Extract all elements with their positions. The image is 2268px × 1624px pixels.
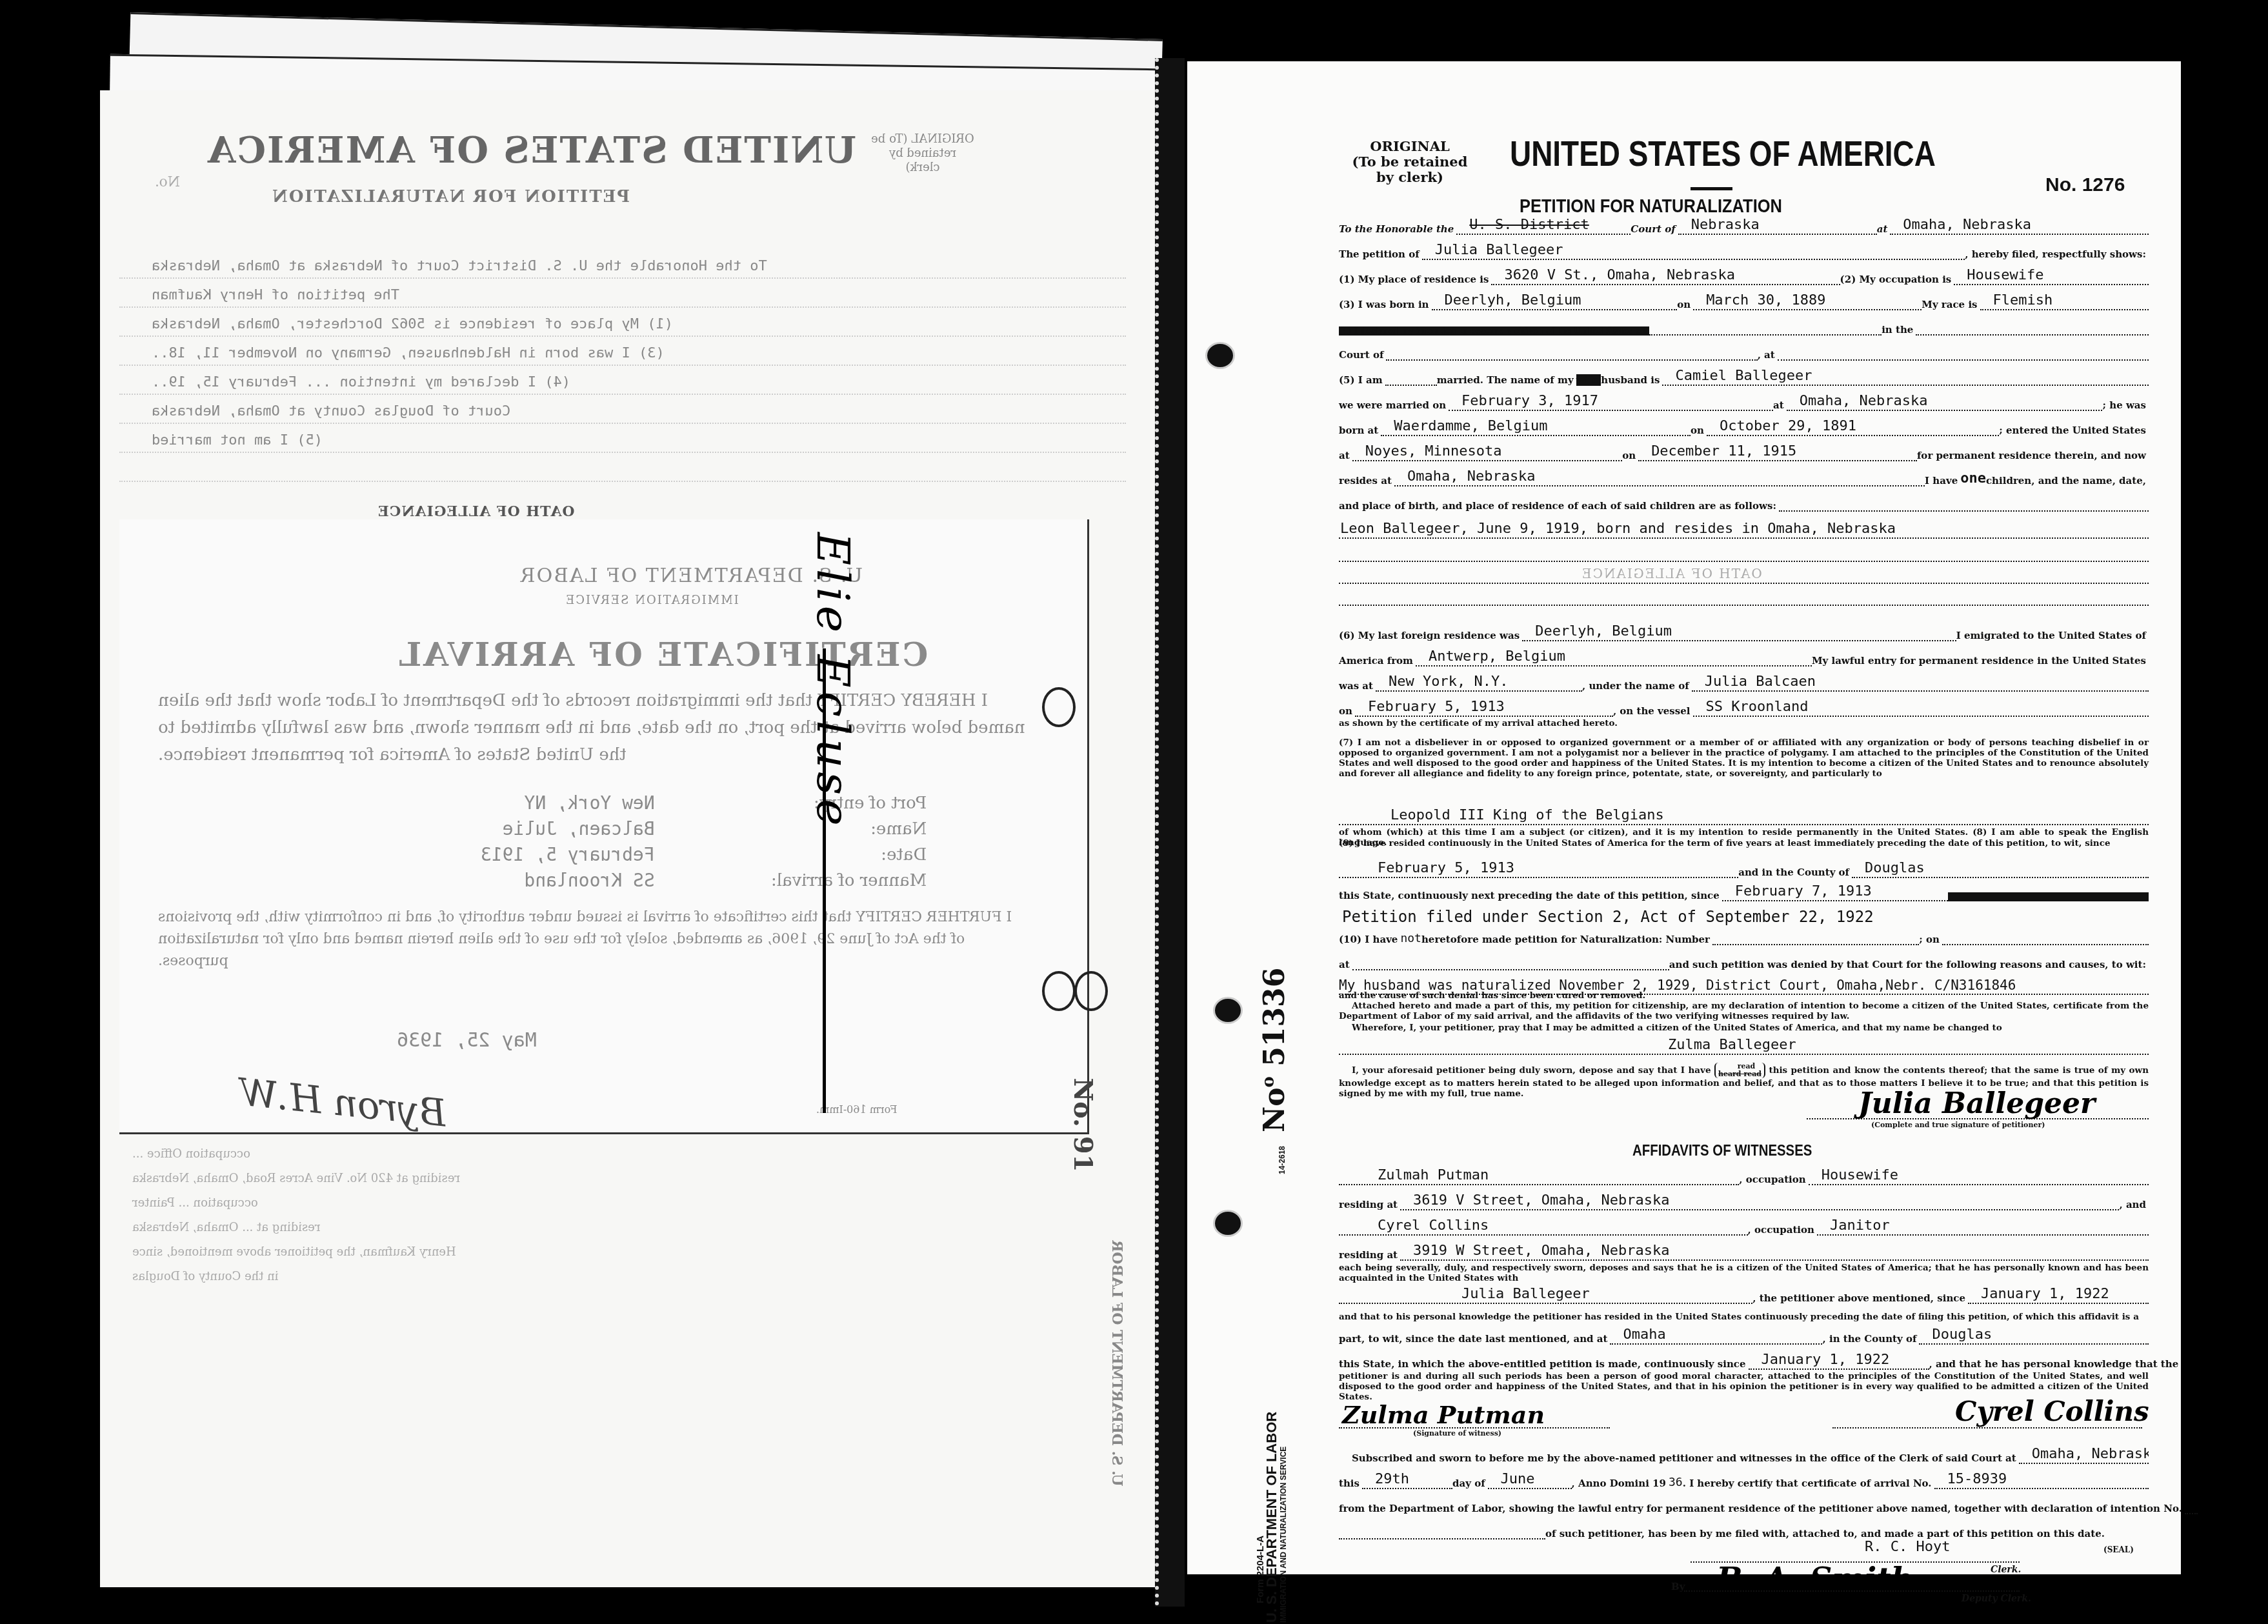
cert-form-no: Form 160-Imm. <box>816 1103 897 1116</box>
petition-number: No. 1276 <box>2045 174 2125 196</box>
race-value: Flemish <box>1980 292 2149 310</box>
witness-1-name: Zulmah Putman <box>1339 1167 1739 1185</box>
spouse-name: Camiel Ballegeer <box>1662 368 2149 386</box>
entry-port: New York, N.Y. <box>1376 674 1582 692</box>
from-dept-line: from the Department of Labor, showing th… <box>1339 1492 2149 1514</box>
affidavits-title: AFFIDAVITS OF WITNESSES <box>1632 1142 1812 1160</box>
subscribed-line: Subscribed and sworn to before me by the… <box>1339 1442 2149 1464</box>
ghost-oath: OATH OF ALLEGIANCE <box>1581 566 1762 581</box>
left-stamp-number: No. 91 <box>1068 1078 1098 1172</box>
court-type: U. S. District <box>1456 217 1631 235</box>
witness-sig-caption-1: (Signature of witness) <box>1413 1429 1501 1438</box>
by-label: By <box>1671 1581 1685 1592</box>
children-intro-line: and place of birth, and place of residen… <box>1339 490 2149 512</box>
cert-date: May 25, 1936 <box>397 1029 537 1052</box>
title-rule <box>1691 187 1732 190</box>
punch-hole <box>1213 997 1243 1024</box>
spouse-entered-line: at Noyes, Minnesota on December 11, 1915… <box>1339 439 2149 461</box>
wherefore-text: Wherefore, I, your petitioner, pray that… <box>1339 1023 2149 1033</box>
seal-label: (SEAL) <box>2103 1545 2134 1554</box>
form-code: 14-2618 <box>1278 1146 1287 1174</box>
punch-circle <box>1042 971 1076 1011</box>
birthplace-value: Deerlyh, Belgium <box>1432 292 1678 310</box>
sworn-year: 36 <box>1669 1476 1683 1489</box>
form-dept: U. S. DEPARTMENT OF LABOR <box>1263 1412 1280 1623</box>
left-field-6: Court of Douglas County at Omaha, Nebras… <box>152 403 510 419</box>
court-at: Omaha, Nebraska <box>1890 217 2149 235</box>
punch-circle <box>1074 971 1108 1011</box>
part-line: part, to wit, since the date last mentio… <box>1339 1323 2149 1345</box>
known-petitioner: Julia Ballegeer <box>1339 1286 1752 1304</box>
declared-line: (4) I declared my intention to become a … <box>1339 314 2149 336</box>
personal-knowledge-text: and that to his personal knowledge the p… <box>1339 1312 2149 1322</box>
witness-2-line: Cyrel Collins , occupation Janitor <box>1339 1214 2149 1236</box>
cert-signature: Byron H.W <box>237 1070 448 1135</box>
witness-1-residence-line: residing at 3619 V Street, Omaha, Nebras… <box>1339 1188 2149 1210</box>
form-service: IMMIGRATION AND NATURALIZATION SERVICE <box>1279 1447 1288 1623</box>
child-1: Leon Ballegeer, June 9, 1919, born and r… <box>1339 521 2149 539</box>
birthdate-value: March 30, 1889 <box>1693 292 1922 310</box>
punch-hole <box>1213 1210 1243 1237</box>
emigrated-from: Antwerp, Belgium <box>1416 648 1812 667</box>
certificate-of-arrival: U. S. DEPARTMENT OF LABOR IMMIGRATION SE… <box>119 519 1089 1134</box>
court2-line: Court of , at <box>1339 339 2149 361</box>
prior-petition-not: not <box>1400 932 1421 945</box>
cert-signature-stroke <box>823 648 826 1113</box>
entry-at-line: was at New York, N.Y. , under the name o… <box>1339 670 2149 692</box>
since-line: February 5, 1913 and in the County of Do… <box>1339 856 2149 878</box>
deputy-signature: B. A. Smith <box>1716 1561 1913 1598</box>
last-foreign-residence: Deerlyh, Belgium <box>1522 623 1956 641</box>
cert-service: IMMIGRATION SERVICE <box>565 594 739 607</box>
punch-circle <box>1042 687 1076 727</box>
sovereign-line: Leopold III King of the Belgians <box>1339 803 2149 825</box>
left-field-4: (3) I was born in Haldenhausen, Germany … <box>152 345 665 361</box>
last-foreign-line: (6) My last foreign residence was Deerly… <box>1339 619 2149 641</box>
signature-caption: (Complete and true signature of petition… <box>1871 1121 2045 1129</box>
paragraph-7: (7) I am not a disbeliever in or opposed… <box>1339 737 2149 779</box>
prior-petition-line: (10) I have not heretofore made petition… <box>1339 923 2149 945</box>
spouse-birthdate: October 29, 1891 <box>1707 418 1999 436</box>
clerk-label: Clerk. <box>1991 1565 2021 1575</box>
original-label: ORIGINAL (To be retained by clerk) <box>1349 139 1471 185</box>
witness-2-residence-line: residing at 3919 W Street, Omaha, Nebras… <box>1339 1239 2149 1261</box>
marriage-place: Omaha, Nebraska <box>1787 393 2103 411</box>
vessel-name: SS Kroonland <box>1693 699 2149 717</box>
left-field-5: (4) I declared my intention ... February… <box>152 374 570 390</box>
side-serial-number: Noo 51336 <box>1258 968 1291 1132</box>
entry-name: Julia Balcaen <box>1692 674 2149 692</box>
clerk-name: R. C. Hoyt <box>1865 1539 1950 1555</box>
residence-city: Omaha <box>1610 1327 1822 1345</box>
left-field-2: The petition of Henry Kaufman <box>152 287 399 303</box>
sworn-month: June <box>1488 1471 1572 1489</box>
married-line: (5) I am married. The name of my wife hu… <box>1339 364 2149 386</box>
state-since-line: this State, continuously next preceding … <box>1339 879 2149 901</box>
residence-value: 3620 V St., Omaha, Nebraska <box>1491 267 1840 285</box>
county: Douglas <box>1852 860 2149 878</box>
emigrated-from-line: America from Antwerp, Belgium My lawful … <box>1339 645 2149 667</box>
attached-text: Attached hereto and made a part of this,… <box>1339 1001 2149 1021</box>
each-being-text: each being severally, duly, and respecti… <box>1339 1263 2149 1283</box>
cert-values: New York, NY Balcaen, Julie February 5, … <box>481 790 655 894</box>
spouse-entry-place: Noyes, Minnesota <box>1352 443 1623 461</box>
left-field-1: To the Honorable the U. S. District Cour… <box>152 258 767 274</box>
entry-date: February 5, 1913 <box>1355 699 1613 717</box>
children-count: one <box>1960 470 1986 486</box>
left-field-7: (5) I am not married <box>152 432 323 448</box>
left-title: UNITED STATES OF AMERICA <box>206 129 856 172</box>
binding-spine <box>1155 58 1185 1607</box>
left-lower-witness: occupation Office ... residing at 420 No… <box>132 1142 1068 1289</box>
left-vertical-dept: U. S. DEPARTMENT OF LABOR <box>1109 1240 1125 1487</box>
witness-1-residence: 3619 V Street, Omaha, Nebraska <box>1400 1192 2119 1210</box>
marriage-date: February 3, 1917 <box>1449 393 1773 411</box>
left-oath-heading: OATH OF ALLEGIANCE <box>377 503 575 520</box>
witness-2-signature: Cyrel Collins <box>1955 1396 2149 1427</box>
left-subtitle: PETITION FOR NATURALIZATION <box>271 187 630 206</box>
petitioner-signature: Julia Ballegeer <box>1858 1087 2095 1120</box>
sovereign: Leopold III King of the Belgians <box>1339 807 2149 825</box>
cert-body-2: I FURTHER CERTIFY that this certificate … <box>158 907 1029 972</box>
left-field-3: (1) My place of residence is 5062 Dorche… <box>152 316 673 332</box>
petitioner-name: Julia Ballegeer <box>1422 242 1965 260</box>
witness-2-occupation: Janitor <box>1817 1218 2149 1236</box>
witness-2-name: Cyrel Collins <box>1339 1218 1748 1236</box>
us-residence-since: February 5, 1913 <box>1339 860 1738 878</box>
resides-line: resides at Omaha, Nebraska I have one ch… <box>1339 465 2149 486</box>
witness-1-occupation: Housewife <box>1809 1167 2149 1185</box>
residence-county: Douglas <box>1919 1327 2149 1345</box>
married-on-line: we were married on February 3, 1917 at O… <box>1339 389 2149 411</box>
left-number-label: No. <box>155 174 180 190</box>
arrival-cert-no: 15-8939 <box>1934 1471 2149 1489</box>
witness-1-line: Zulmah Putman , occupation Housewife <box>1339 1163 2149 1185</box>
residence-line: (1) My place of residence is 3620 V St.,… <box>1339 263 2149 285</box>
deputy-label: Deputy Clerk. <box>1962 1594 2031 1604</box>
vessel-line: on February 5, 1913 , on the vessel SS K… <box>1339 695 2149 717</box>
new-name: Zulma Ballegeer <box>1339 1037 2149 1055</box>
paragraph-9: (9) I have resided continuously in the U… <box>1339 838 2149 848</box>
known-since-date: January 1, 1922 <box>1968 1286 2149 1304</box>
court-line: To the Honorable the U. S. District Cour… <box>1339 213 2149 235</box>
punch-hole <box>1205 342 1235 369</box>
known-since-line: Julia Ballegeer , the petitioner above m… <box>1339 1282 2149 1304</box>
state-continuous-date: January 1, 1922 <box>1749 1352 1929 1370</box>
cured-text: and the cause of such denial has since b… <box>1339 990 2149 1001</box>
petition-of-line: The petition of Julia Ballegeer , hereby… <box>1339 238 2149 260</box>
cert-vertical-signature: Elie Ecluse <box>807 532 859 830</box>
this-day-line: this 29th day of June , Anno Domini 19 3… <box>1339 1467 2149 1489</box>
spouse-residence: Omaha, Nebraska <box>1394 468 1925 486</box>
state-continuous-line: this State, in which the above-entitled … <box>1339 1348 2149 1370</box>
court-of: Nebraska <box>1678 217 1877 235</box>
witness-2-residence: 3919 W Street, Omaha, Nebraska <box>1400 1243 2149 1261</box>
document-title: UNITED STATES OF AMERICA <box>1510 132 1936 174</box>
child-1-line: Leon Ballegeer, June 9, 1919, born and r… <box>1339 517 2149 539</box>
left-original-note: ORIGINAL (To be retained by clerk) <box>871 132 974 175</box>
petition-page: ORIGINAL (To be retained by clerk) UNITE… <box>1187 61 2181 1574</box>
spouse-entry-date: December 11, 1915 <box>1638 443 1917 461</box>
shown-by-text: as shown by the certificate of my arriva… <box>1339 718 2149 728</box>
new-name-line: Zulma Ballegeer <box>1339 1033 2149 1055</box>
spouse-born-line: born at Waerdamme, Belgium on October 29… <box>1339 414 2149 436</box>
sworn-day: 29th <box>1362 1471 1452 1489</box>
subscribed-place: Omaha, Nebraska <box>2019 1446 2149 1464</box>
spouse-birthplace: Waerdamme, Belgium <box>1381 418 1691 436</box>
denied-line: at and such petition was denied by that … <box>1339 948 2149 970</box>
cert-body: I HEREBY CERTIFY that the immigration re… <box>158 687 1029 768</box>
state-residence-since: February 7, 1913 <box>1722 883 1948 901</box>
witness-1-signature: Zulma Putman <box>1342 1400 1545 1429</box>
filed-line: of such petitioner, has been by me filed… <box>1339 1518 2149 1539</box>
occupation-value: Housewife <box>1954 267 2149 285</box>
birth-line: (3) I was born in Deerlyh, Belgium on Ma… <box>1339 288 2149 310</box>
